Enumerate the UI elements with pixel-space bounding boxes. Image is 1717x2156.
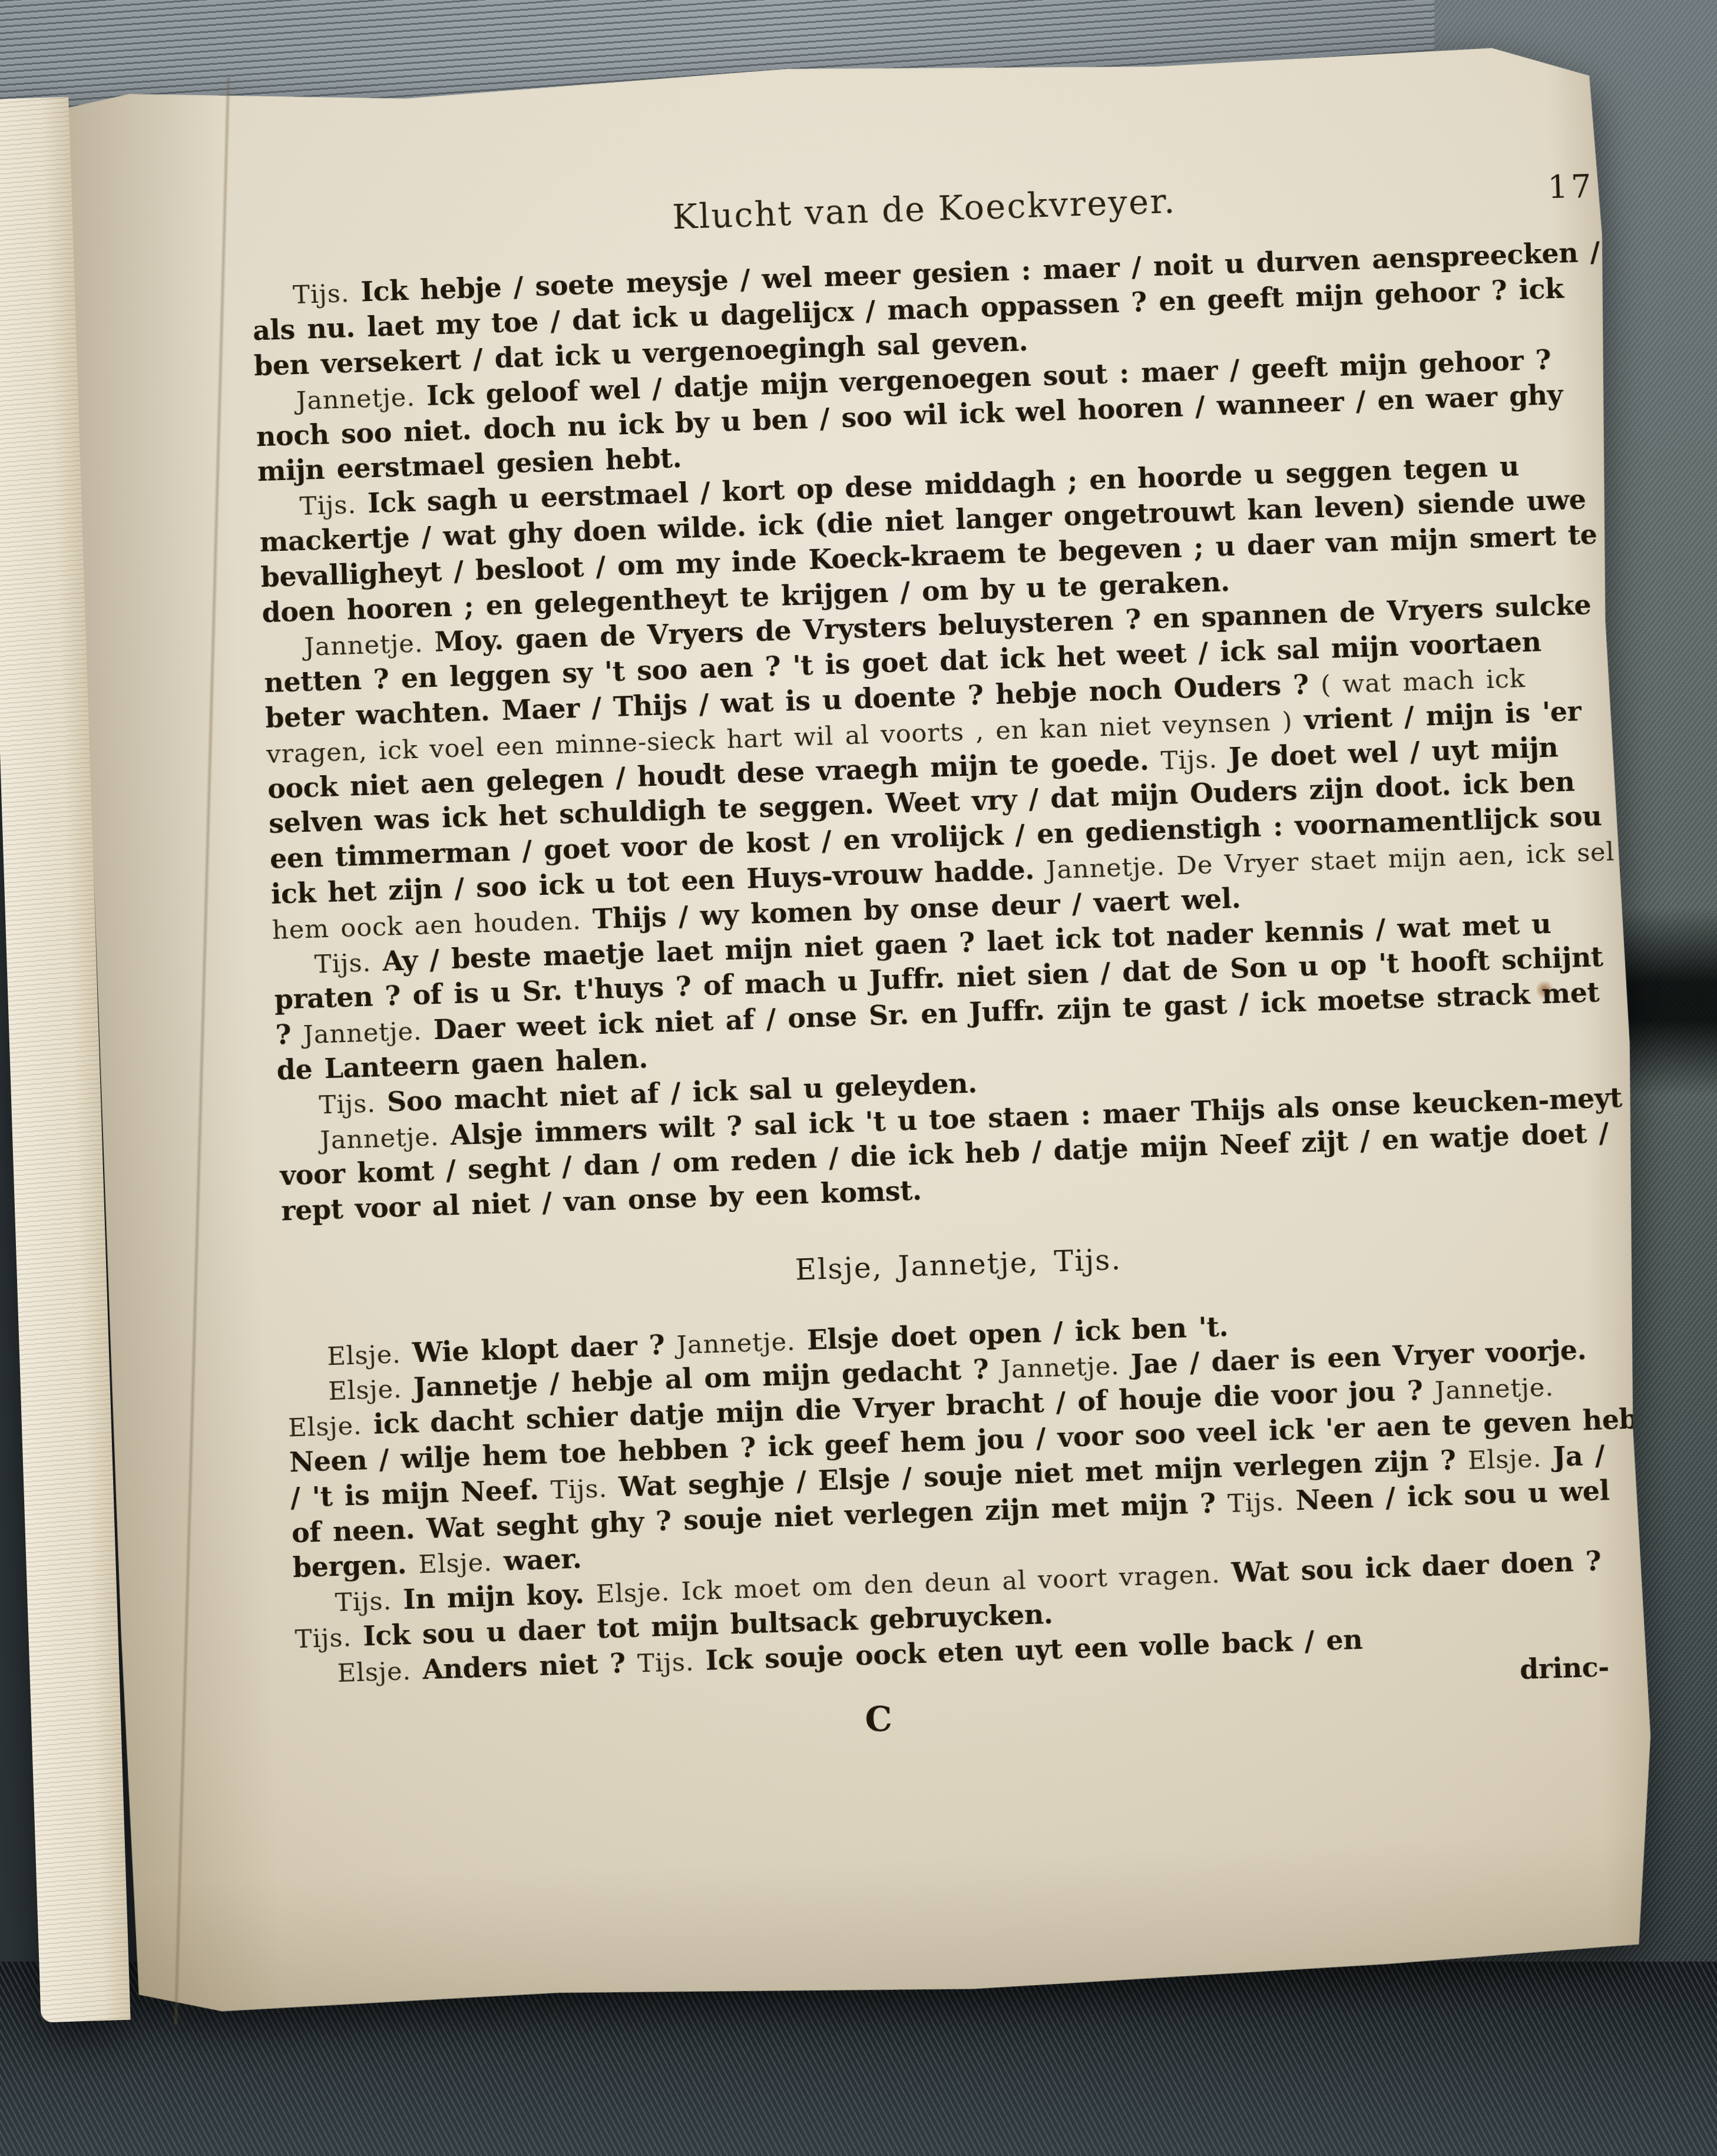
roman-text: Jannetje. xyxy=(296,382,427,416)
roman-text: Jannetje. xyxy=(1434,1373,1554,1406)
printed-text-block: Klucht van de Koeckvreyer. 17 Tijs. Ick … xyxy=(249,168,1649,1770)
roman-text: Elsje. xyxy=(327,1339,413,1371)
blackletter-text: waer. xyxy=(503,1543,582,1577)
roman-text: Elsje. xyxy=(337,1656,423,1688)
signature-mark: C xyxy=(864,1698,892,1739)
page-number: 17 xyxy=(1547,168,1595,207)
roman-text: Jannetje. xyxy=(303,1016,434,1050)
roman-text: Tijs. xyxy=(550,1473,619,1505)
photograph-of-book-page: Klucht van de Koeckvreyer. 17 Tijs. Ick … xyxy=(0,0,1717,2156)
roman-text: Tijs. xyxy=(319,1089,388,1120)
roman-text: Jannetje. xyxy=(1000,1351,1132,1385)
roman-text: Tijs. xyxy=(335,1586,403,1618)
roman-text: Elsje. xyxy=(1467,1443,1553,1476)
catchword: drinc- xyxy=(1519,1651,1609,1685)
page-title: Klucht van de Koeckvreyer. xyxy=(672,182,1177,237)
roman-text: Tijs. xyxy=(299,490,368,522)
blackletter-text: Anders niet ? xyxy=(422,1646,638,1685)
book-page: Klucht van de Koeckvreyer. 17 Tijs. Ick … xyxy=(68,42,1661,2016)
roman-text: Tijs. xyxy=(1160,744,1229,776)
roman-text: Jannetje. xyxy=(676,1327,808,1360)
scene-heading: Elsje, Jannetje, Tijs. xyxy=(283,1225,1634,1306)
roman-text: Jannetje. xyxy=(320,1122,451,1155)
paragraph: Elsje. Jannetje / hebje al om mijn gedac… xyxy=(286,1331,1642,1586)
open-book: Klucht van de Koeckvreyer. 17 Tijs. Ick … xyxy=(0,42,1661,2019)
running-header: Klucht van de Koeckvreyer. 17 xyxy=(249,168,1600,252)
blackletter-text: In mijn koy. xyxy=(402,1578,596,1616)
roman-text: Elsje. xyxy=(328,1374,414,1407)
paragraph: Jannetje. Moy. gaen de Vryers de Vryster… xyxy=(263,587,1622,948)
roman-text: Elsje. xyxy=(418,1547,504,1580)
roman-text: Tijs. xyxy=(314,947,383,979)
roman-text: Tijs. xyxy=(637,1647,706,1679)
paragraphs: Tijs. Ick hebje / soete meysje / wel mee… xyxy=(251,235,1646,1692)
roman-text: Jannetje. xyxy=(304,629,435,662)
roman-text: Elsje. xyxy=(288,1411,374,1443)
roman-text: Tijs. xyxy=(292,279,361,310)
roman-text: Tijs. xyxy=(295,1623,363,1655)
blackletter-text: Wie klopt daer ? xyxy=(412,1328,677,1368)
roman-text: Tijs. xyxy=(1227,1487,1296,1519)
